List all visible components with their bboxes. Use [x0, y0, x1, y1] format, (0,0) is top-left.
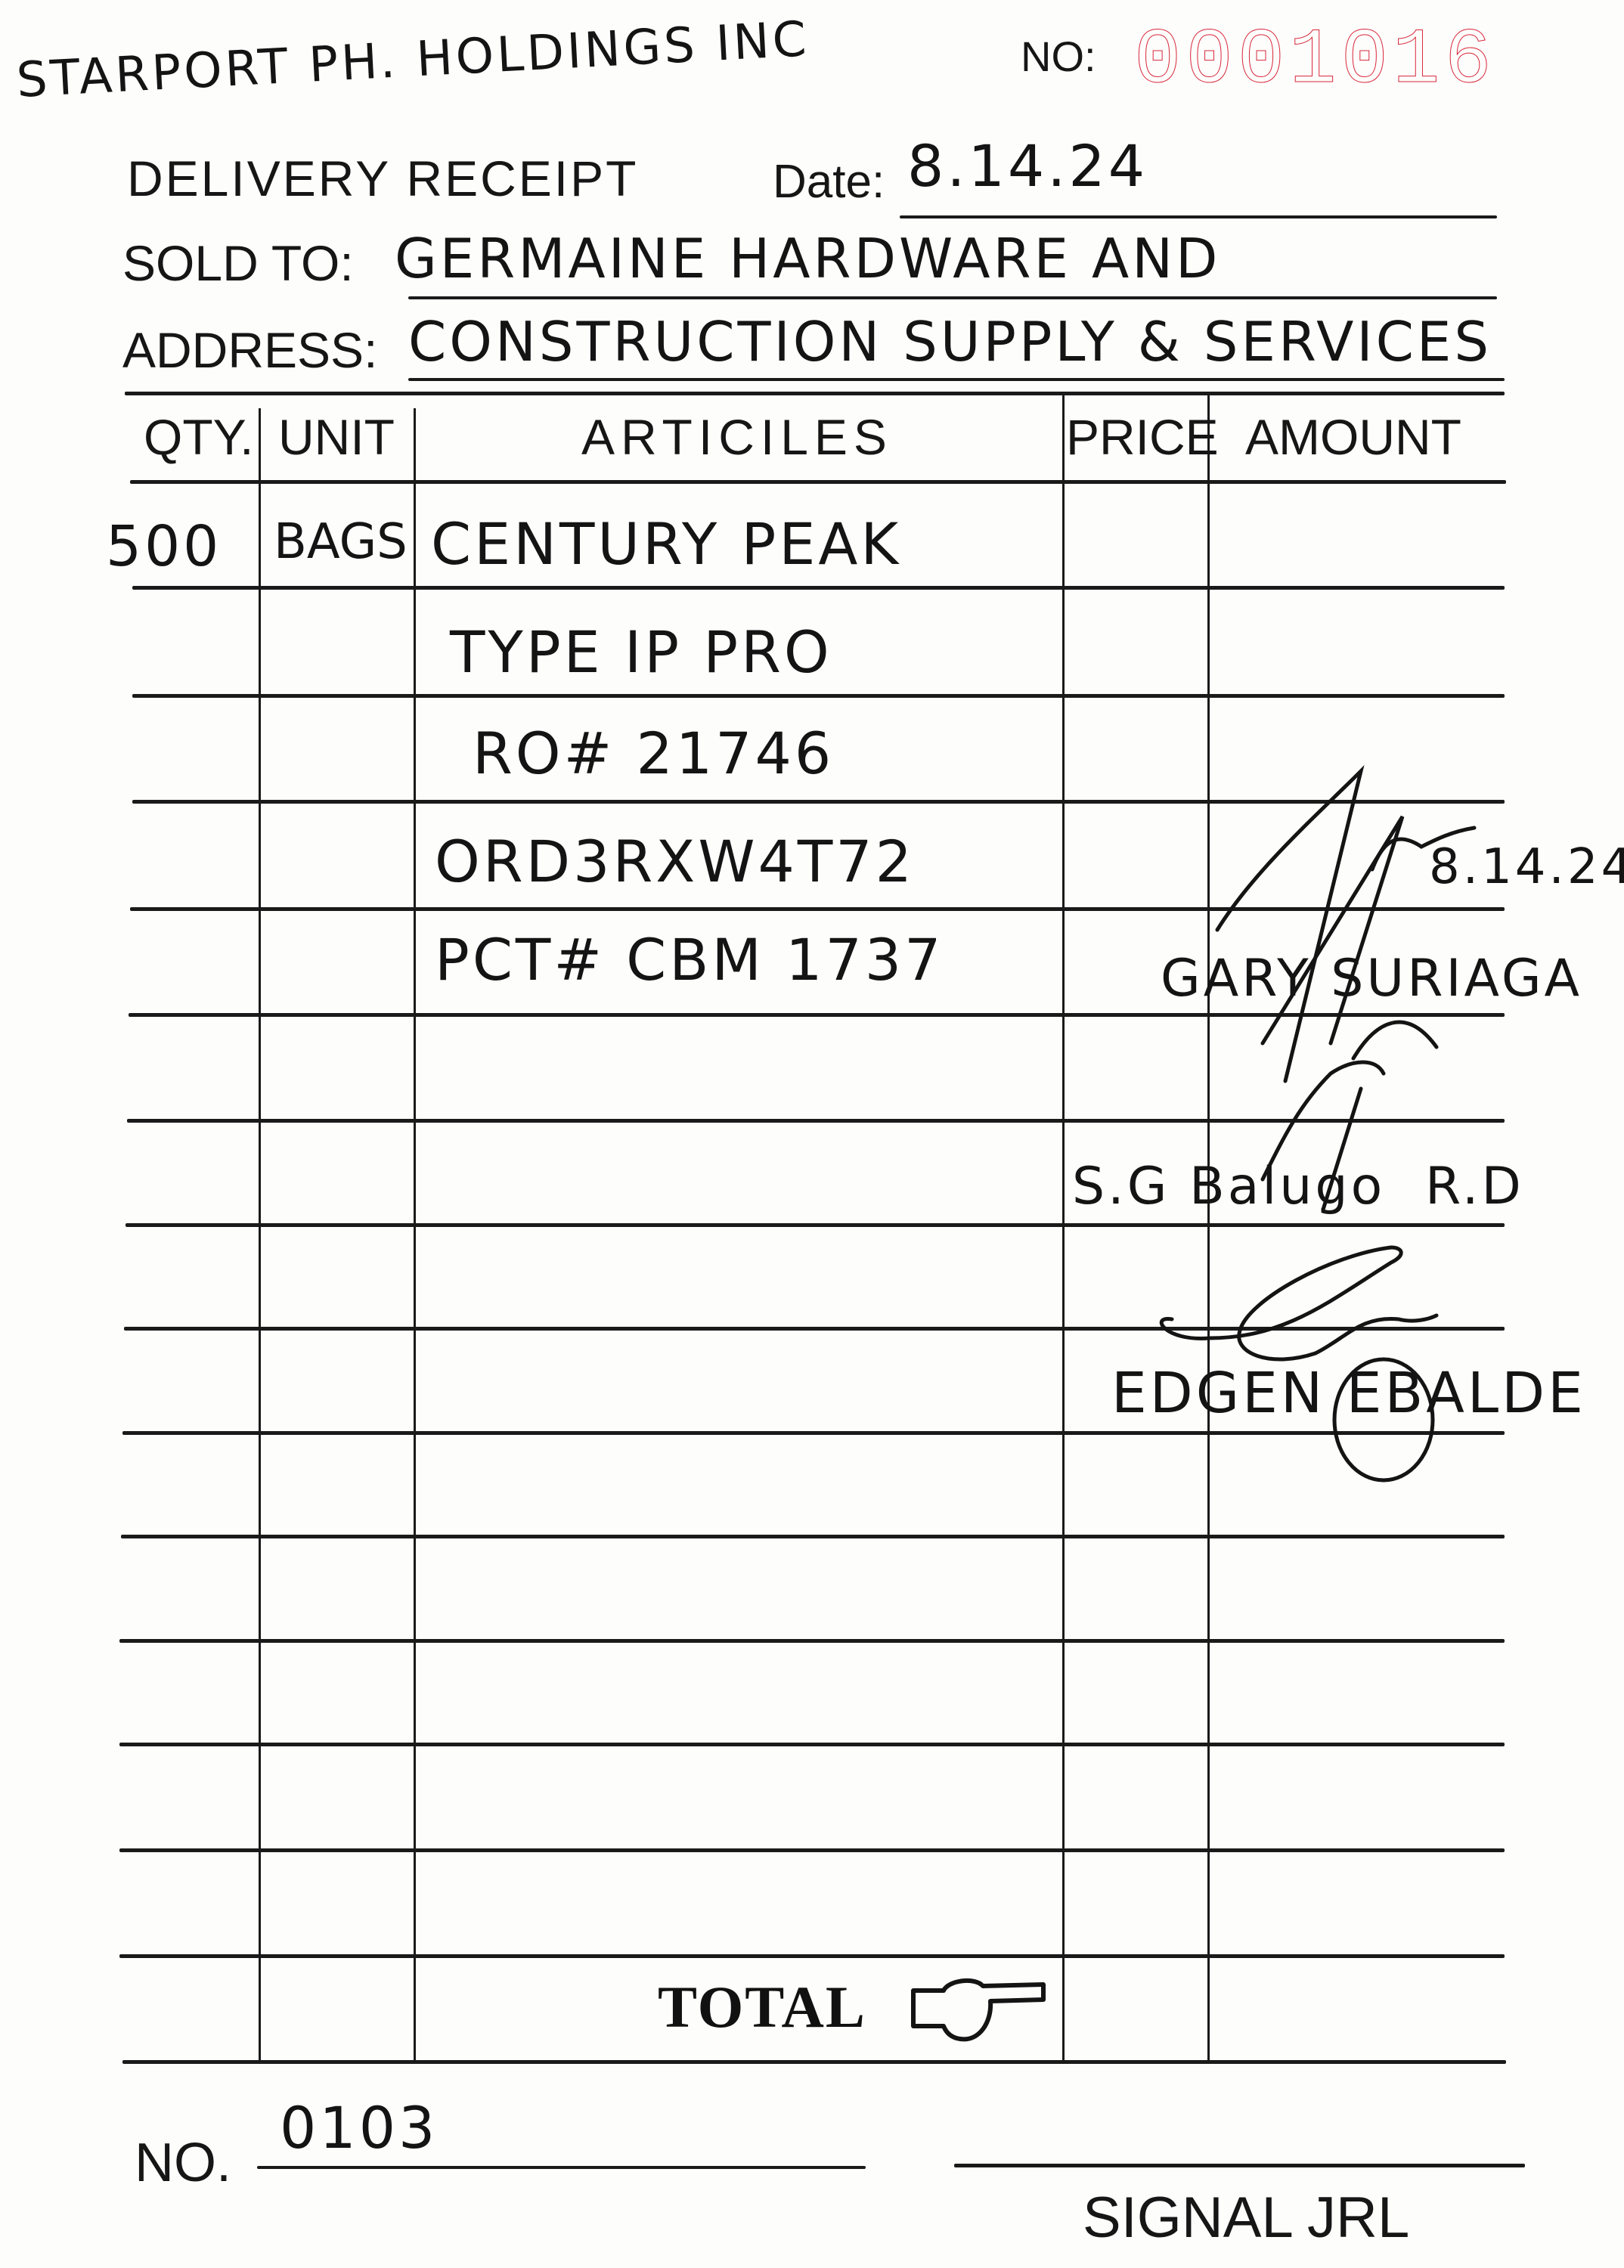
row-line	[122, 1431, 1505, 1435]
row-line	[119, 1848, 1505, 1852]
address-value: CONSTRUCTION SUPPLY & SERVICES	[408, 310, 1492, 373]
row-line	[132, 800, 1505, 804]
header-bottom-border	[130, 480, 1506, 484]
column-header-amount: AMOUNT	[1210, 408, 1497, 466]
row-line	[119, 1954, 1505, 1958]
column-header-qty: QTY.	[144, 408, 253, 466]
signature-date: 8.14.24	[1429, 839, 1624, 895]
row-line	[130, 907, 1505, 911]
row-line	[132, 586, 1505, 590]
table-top-border	[125, 392, 1505, 395]
receipt-number-label: NO:	[1021, 32, 1096, 81]
col-divider-price-amount	[1207, 393, 1210, 2060]
row-line	[127, 1119, 1505, 1123]
column-header-articles: ARTICILES	[423, 408, 1051, 466]
article-line: RO# 21746	[473, 720, 834, 787]
row-line	[126, 1223, 1505, 1227]
signature-caption: SIGNAL JRL	[1083, 2185, 1409, 2251]
signatory-name: EDGEN EBALDE	[1111, 1361, 1586, 1426]
date-value: 8.14.24	[907, 132, 1148, 200]
table-bottom-border	[122, 2060, 1506, 2064]
row-qty: 500	[106, 514, 222, 579]
address-label: ADDRESS:	[122, 321, 377, 379]
signatory-name: S.G Balugo	[1072, 1157, 1385, 1216]
sold-to-label: SOLD TO:	[122, 234, 354, 292]
article-line: PCT# CBM 1737	[435, 926, 944, 993]
article-line: CENTURY PEAK	[431, 510, 901, 578]
pointing-hand-icon	[907, 1977, 1051, 2045]
row-line	[119, 1639, 1505, 1643]
footer-number-underline	[257, 2166, 866, 2169]
col-divider-unit-articles	[414, 408, 416, 2060]
total-label: TOTAL	[658, 1973, 866, 2041]
article-line: ORD3RXW4T72	[435, 828, 915, 895]
footer-number-label: NO.	[135, 2132, 231, 2194]
address-underline	[408, 378, 1505, 381]
footer-number-value: 0103	[280, 2094, 438, 2161]
row-line	[121, 1535, 1505, 1538]
company-name: STARPORT PH. HOLDINGS INC	[15, 11, 810, 109]
row-line	[129, 1013, 1505, 1017]
signature-line	[954, 2164, 1525, 2167]
signatory-suffix: R.D	[1425, 1157, 1524, 1216]
document-title: DELIVERY RECEIPT	[127, 150, 638, 207]
signatory-name: GARY SURIAGA	[1161, 949, 1582, 1009]
sold-to-value: GERMAINE HARDWARE AND	[395, 227, 1221, 290]
col-divider-qty-unit	[259, 408, 261, 2060]
row-line	[119, 1743, 1505, 1746]
row-line	[132, 694, 1505, 698]
col-divider-articles-price	[1062, 393, 1065, 2060]
article-line: TYPE IP PRO	[450, 618, 832, 686]
row-line	[124, 1327, 1505, 1331]
date-label: Date:	[773, 155, 885, 209]
column-header-unit: UNIT	[265, 408, 408, 466]
date-underline	[900, 215, 1497, 218]
column-header-price: PRICE	[1066, 408, 1206, 466]
row-unit: BAGS	[274, 514, 408, 570]
receipt-number: 0001016	[1134, 17, 1496, 106]
sold-to-underline	[408, 296, 1497, 299]
